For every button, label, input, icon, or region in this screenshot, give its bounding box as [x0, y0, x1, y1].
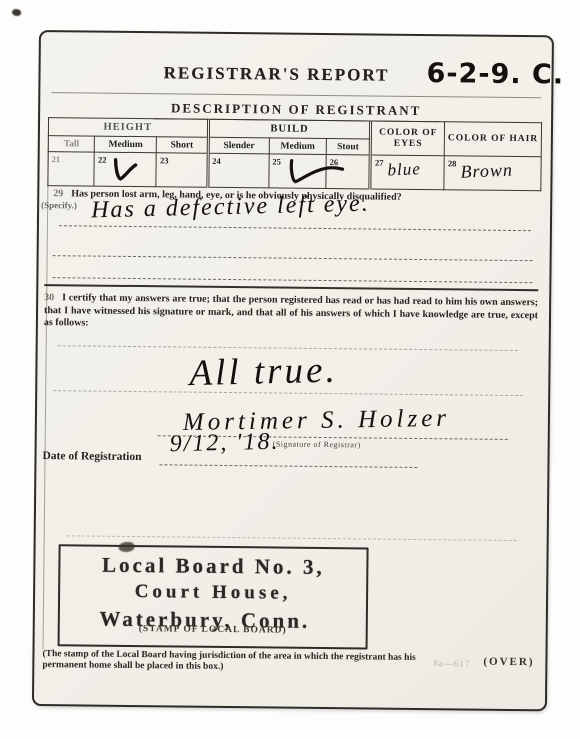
- handwritten-checkmark-icon: [283, 158, 345, 187]
- answer-line: [59, 225, 531, 231]
- form-left-border: [43, 117, 50, 649]
- col-header-stout: Stout: [326, 139, 371, 155]
- col-header-medium-build: Medium: [269, 138, 326, 155]
- question-30-number: 30: [44, 292, 54, 305]
- cell-25-medium-checked: 25: [269, 154, 327, 189]
- question-30-answer-handwritten: All true.: [189, 349, 338, 396]
- date-of-registration-label: Date of Registration: [42, 450, 141, 463]
- question-29-number: 29: [53, 188, 63, 201]
- col-header-slender: Slender: [208, 137, 269, 154]
- cell-23-short: 23: [156, 153, 208, 188]
- cell-24-slender: 24: [208, 153, 269, 188]
- stamp-box-caption: (STAMP OF LOCAL BOARD): [60, 623, 366, 636]
- serial-number-handwritten: 6-2-9. C.: [426, 58, 556, 90]
- ink-smudge: [119, 542, 135, 552]
- hair-color-handwritten: Brown: [460, 160, 513, 183]
- col-header-medium-height: Medium: [95, 136, 157, 153]
- faint-crease-line: [67, 535, 517, 541]
- stamp-line-2: Court House,: [60, 580, 366, 605]
- section-divider-rule: [44, 284, 538, 291]
- date-line: [159, 464, 417, 468]
- description-table: HEIGHT BUILD COLOR OF EYES COLOR OF HAIR…: [47, 117, 542, 191]
- form-number: 8a—617: [433, 658, 470, 668]
- col-header-short: Short: [157, 137, 208, 154]
- eyes-group-header: COLOR OF EYES: [371, 121, 445, 156]
- blank-line: [52, 277, 532, 283]
- specify-label: (Specify.): [41, 200, 77, 210]
- col-header-tall: Tall: [48, 136, 94, 152]
- question-29-answer-handwritten: Has a defective left eye.: [91, 191, 370, 225]
- local-board-stamp-box: Local Board No. 3, Court House, Waterbur…: [58, 544, 369, 649]
- stamp-line-1: Local Board No. 3,: [60, 552, 366, 580]
- question-30: 30I certify that my answers are true; th…: [44, 292, 538, 335]
- eye-color-handwritten: blue: [388, 159, 422, 180]
- over-label: (OVER): [483, 656, 534, 669]
- handwritten-checkmark-icon: [109, 156, 143, 184]
- registrar-report-card: REGISTRAR'S REPORT 6-2-9. C. DESCRIPTION…: [32, 30, 554, 711]
- stamp-instruction-note: (The stamp of the Local Board having jur…: [42, 649, 442, 675]
- build-group-header: BUILD: [208, 119, 371, 139]
- header-rule: [51, 92, 541, 98]
- registration-date-handwritten: 9/12, '18.: [169, 429, 279, 459]
- scanned-document: REGISTRAR'S REPORT 6-2-9. C. DESCRIPTION…: [0, 0, 580, 739]
- page-title: REGISTRAR'S REPORT: [130, 63, 422, 86]
- cell-22-medium-checked: 22: [94, 152, 156, 187]
- blank-line: [53, 255, 533, 261]
- cell-27-eye-color: 27 blue: [370, 155, 444, 190]
- height-group-header: HEIGHT: [48, 118, 208, 138]
- hair-group-header: COLOR OF HAIR: [445, 122, 542, 157]
- scan-artifact: [11, 8, 22, 18]
- cell-28-hair-color: 28 Brown: [444, 156, 541, 191]
- cell-21-tall: 21: [48, 152, 95, 186]
